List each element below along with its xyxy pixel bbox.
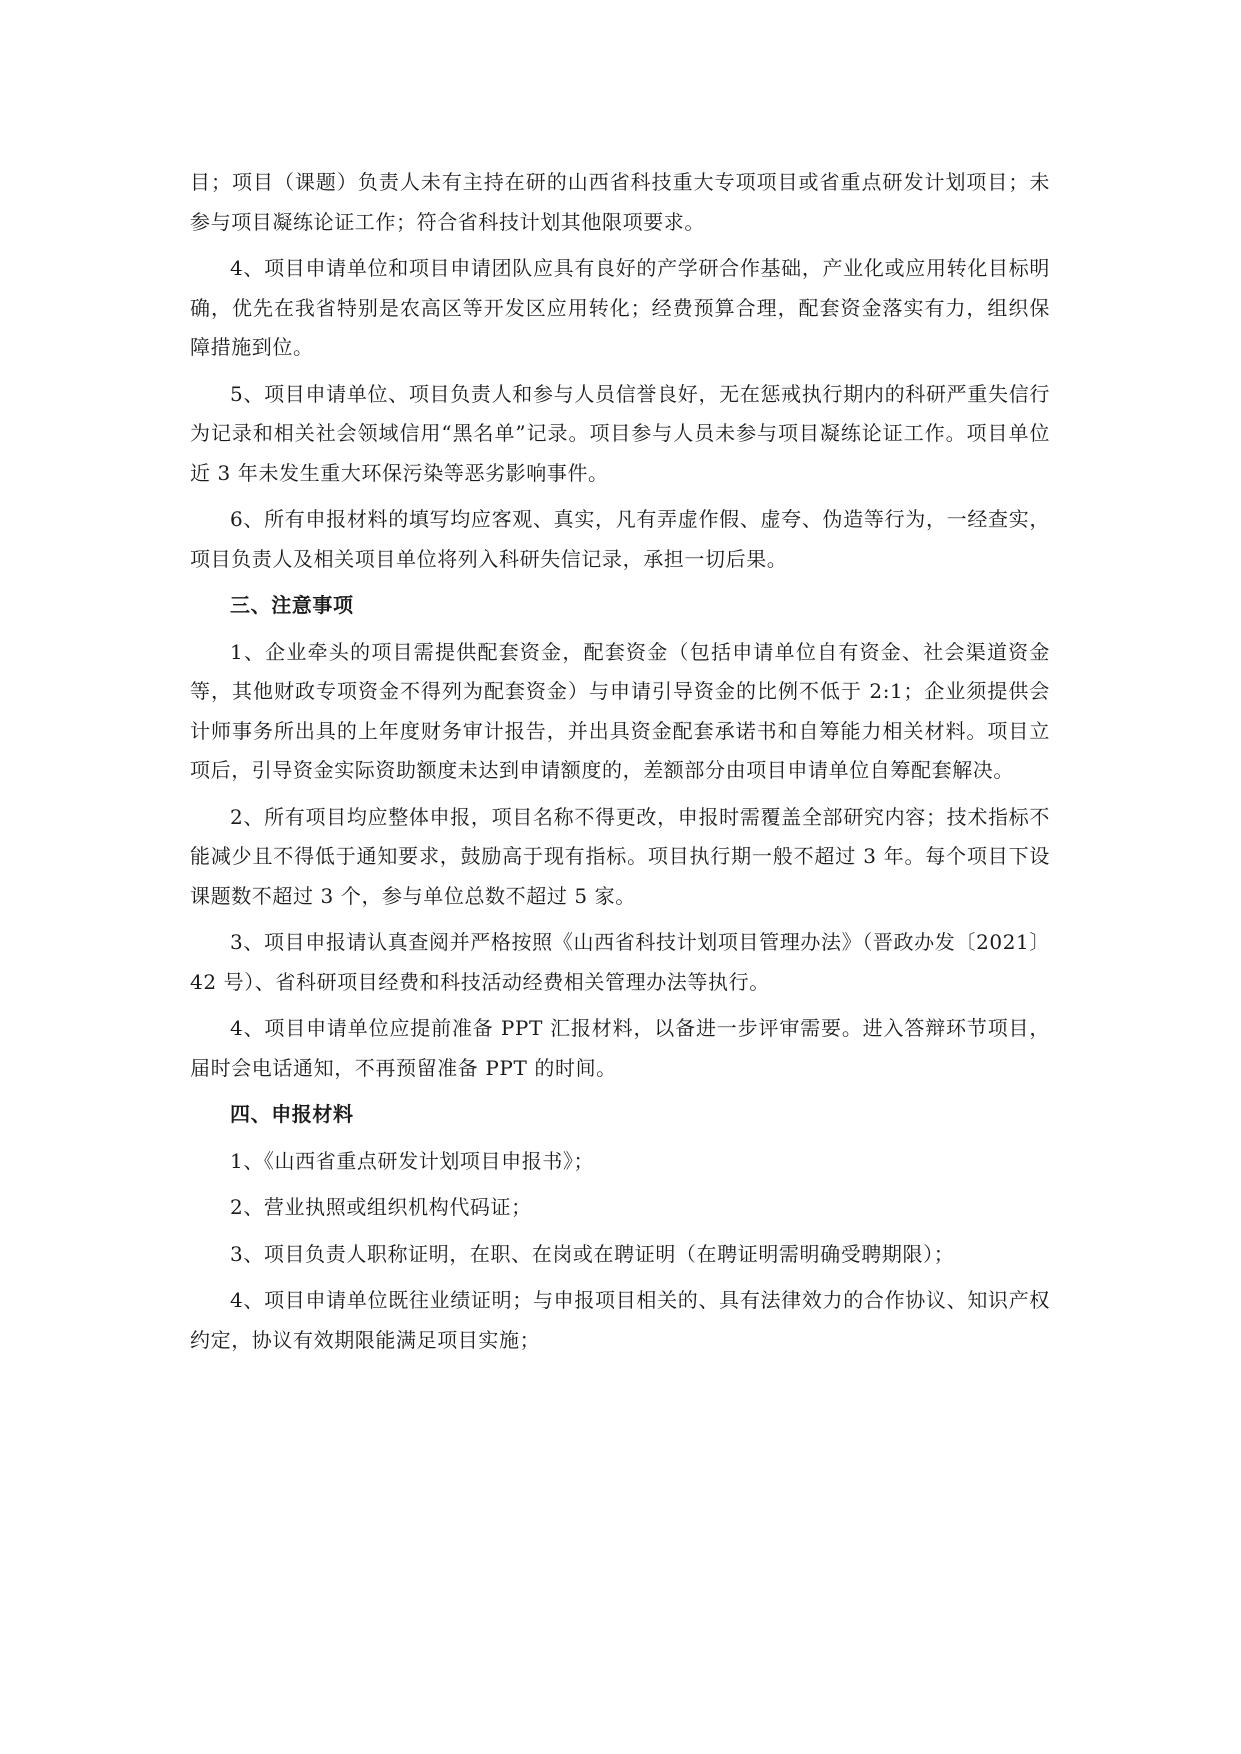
paragraph-material-1: 1、《山西省重点研发计划项目申报书》； [190, 1142, 1050, 1182]
paragraph-note-4: 4、项目申请单位应提前准备 PPT 汇报材料，以备进一步评审需要。进入答辩环节项… [190, 1009, 1050, 1088]
paragraph-note-1: 1、企业牵头的项目需提供配套资金，配套资金（包括申请单位自有资金、社会渠道资金等… [190, 633, 1050, 791]
section-heading-notes: 三、注意事项 [190, 586, 1050, 626]
paragraph-material-3: 3、项目负责人职称证明，在职、在岗或在聘证明（在聘证明需明确受聘期限）； [190, 1235, 1050, 1275]
paragraph-continuation-eligibility: 目；项目（课题）负责人未有主持在研的山西省科技重大专项项目或省重点研发计划项目；… [190, 163, 1050, 242]
paragraph-requirement-4: 4、项目申请单位和项目申请团队应具有良好的产学研合作基础，产业化或应用转化目标明… [190, 249, 1050, 368]
paragraph-material-2: 2、营业执照或组织机构代码证； [190, 1188, 1050, 1228]
section-heading-materials: 四、申报材料 [190, 1095, 1050, 1135]
paragraph-note-3: 3、项目申报请认真查阅并严格按照《山西省科技计划项目管理办法》（晋政办发〔202… [190, 923, 1050, 1002]
paragraph-requirement-5: 5、项目申请单位、项目负责人和参与人员信誉良好，无在惩戒执行期内的科研严重失信行… [190, 375, 1050, 494]
paragraph-note-2: 2、所有项目均应整体申报，项目名称不得更改，申报时需覆盖全部研究内容；技术指标不… [190, 798, 1050, 917]
paragraph-requirement-6: 6、所有申报材料的填写均应客观、真实，凡有弄虚作假、虚夸、伪造等行为，一经查实，… [190, 500, 1050, 579]
document-page: 目；项目（课题）负责人未有主持在研的山西省科技重大专项项目或省重点研发计划项目；… [190, 163, 1050, 1367]
paragraph-material-4: 4、项目申请单位既往业绩证明；与申报项目相关的、具有法律效力的合作协议、知识产权… [190, 1281, 1050, 1360]
